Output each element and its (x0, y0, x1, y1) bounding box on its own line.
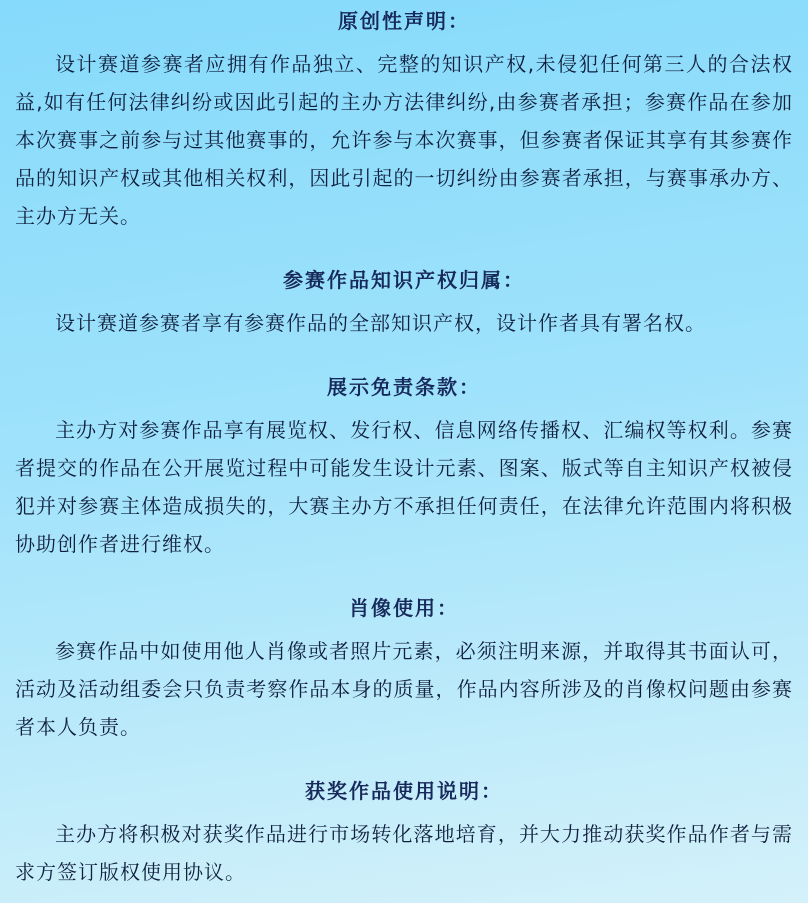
section-award-usage: 获奖作品使用说明： 主办方将积极对获奖作品进行市场转化落地培育，并大力推动获奖作… (15, 780, 793, 891)
section-heading: 获奖作品使用说明： (15, 780, 793, 803)
section-paragraph: 设计赛道参赛者享有参赛作品的全部知识产权，设计作者具有署名权。 (15, 304, 793, 342)
section-heading: 原创性声明： (15, 10, 793, 33)
section-paragraph: 设计赛道参赛者应拥有作品独立、完整的知识产权,未侵犯任何第三人的合法权益,如有任… (15, 45, 793, 235)
section-paragraph: 参赛作品中如使用他人肖像或者照片元素，必须注明来源，并取得其书面认可，活动及活动… (15, 632, 793, 746)
section-heading: 肖像使用： (15, 597, 793, 620)
section-heading: 参赛作品知识产权归属： (15, 269, 793, 292)
section-heading: 展示免责条款： (15, 376, 793, 399)
section-display-disclaimer: 展示免责条款： 主办方对参赛作品享有展览权、发行权、信息网络传播权、汇编权等权利… (15, 376, 793, 563)
section-ip-ownership: 参赛作品知识产权归属： 设计赛道参赛者享有参赛作品的全部知识产权，设计作者具有署… (15, 269, 793, 342)
terms-document: 原创性声明： 设计赛道参赛者应拥有作品独立、完整的知识产权,未侵犯任何第三人的合… (0, 0, 808, 899)
section-paragraph: 主办方将积极对获奖作品进行市场转化落地培育，并大力推动获奖作品作者与需求方签订版… (15, 815, 793, 891)
section-paragraph: 主办方对参赛作品享有展览权、发行权、信息网络传播权、汇编权等权利。参赛者提交的作… (15, 411, 793, 563)
section-originality-declaration: 原创性声明： 设计赛道参赛者应拥有作品独立、完整的知识产权,未侵犯任何第三人的合… (15, 10, 793, 235)
section-portrait-use: 肖像使用： 参赛作品中如使用他人肖像或者照片元素，必须注明来源，并取得其书面认可… (15, 597, 793, 746)
